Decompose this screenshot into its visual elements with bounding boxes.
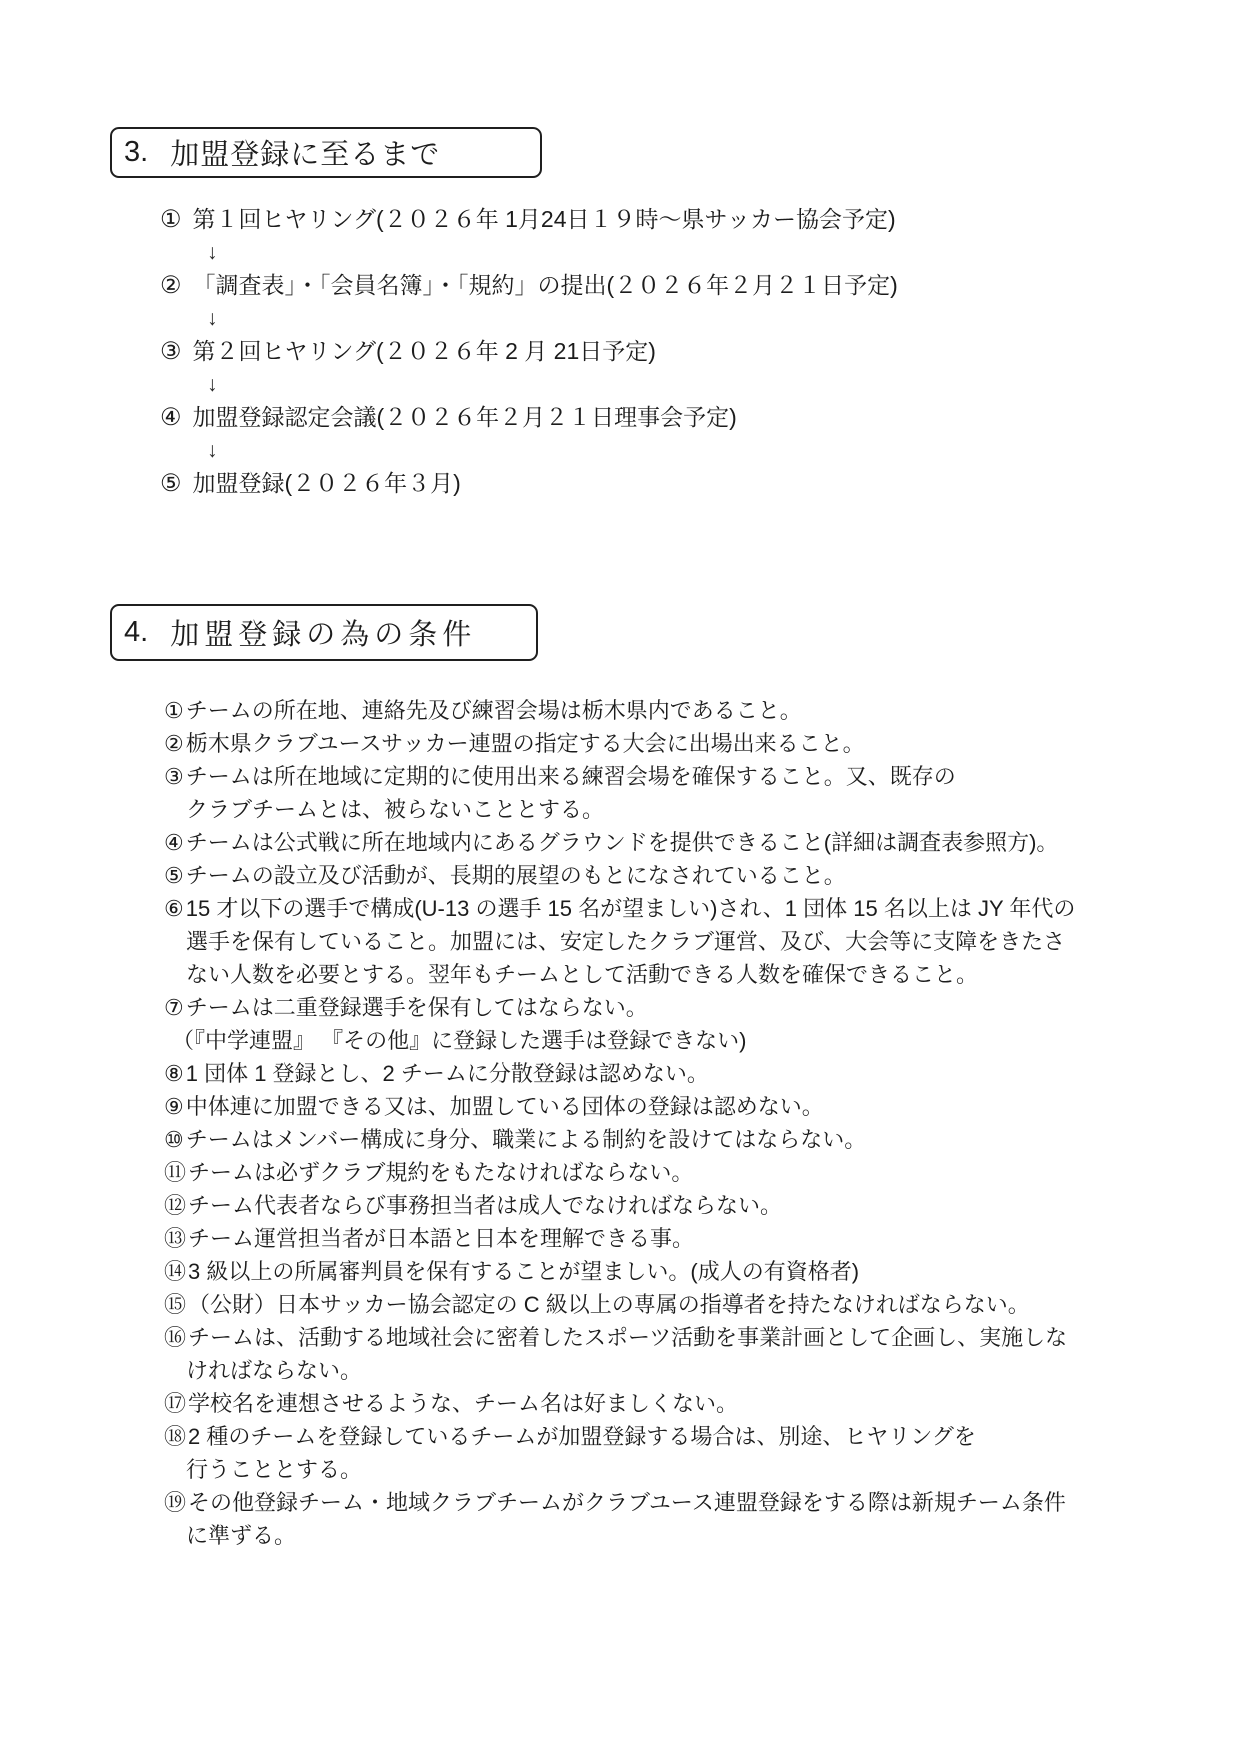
condition-marker: ③ (164, 760, 184, 793)
condition-text: 行うこととする。 (164, 1453, 1075, 1486)
step-marker: ⑤ (160, 467, 182, 500)
section4-heading: 4. 加盟登録の為の条件 (110, 604, 538, 661)
down-arrow-icon: ↓ (207, 434, 898, 467)
condition-item: ⑦ チームは二重登録選手を保有してはならない。 (164, 991, 1075, 1024)
step-marker: ③ (160, 335, 182, 368)
down-arrow-icon: ↓ (207, 368, 898, 401)
condition-text: チームは、活動する地域社会に密着したスポーツ活動を事業計画として企画し、実施しな (188, 1321, 1067, 1354)
condition-text: チーム運営担当者が日本語と日本を理解できる事。 (188, 1222, 694, 1255)
document-page: 3. 加盟登録に至るまで ① 第１回ヒヤリング(２０２６年 1月24日１９時～県… (0, 0, 1241, 1755)
flow-step: ② 「調査表」・「会員名簿」・「規約」の提出(２０２６年２月２１日予定) (160, 269, 898, 302)
step-marker: ② (160, 269, 182, 302)
condition-text: チームは必ずクラブ規約をもたなければならない。 (188, 1156, 693, 1189)
condition-text: （『中学連盟』 『その他』に登録した選手は登録できない) (164, 1024, 1075, 1057)
condition-text: チームは所在地域に定期的に使用出来る練習会場を確保すること。又、既存の (186, 760, 956, 793)
condition-marker: ⑪ (164, 1156, 186, 1189)
step-text: 「調査表」・「会員名簿」・「規約」の提出(２０２６年２月２１日予定) (193, 269, 898, 302)
condition-text: チームの所在地、連絡先及び練習会場は栃木県内であること。 (186, 694, 802, 727)
condition-item: ④ チームは公式戦に所在地域内にあるグラウンドを提供できること(詳細は調査表参照… (164, 826, 1075, 859)
condition-item: ⑰ 学校名を連想させるような、チーム名は好ましくない。 (164, 1387, 1075, 1420)
conditions-list: ① チームの所在地、連絡先及び練習会場は栃木県内であること。 ② 栃木県クラブユ… (164, 694, 1075, 1552)
condition-marker: ⑬ (164, 1222, 186, 1255)
condition-marker: ⑨ (164, 1090, 184, 1123)
condition-text: 学校名を連想させるような、チーム名は好ましくない。 (188, 1387, 738, 1420)
condition-item: ③ チームは所在地域に定期的に使用出来る練習会場を確保すること。又、既存の (164, 760, 1075, 793)
condition-marker: ⑱ (164, 1420, 186, 1453)
condition-marker: ⑫ (164, 1189, 186, 1222)
step-text: 第１回ヒヤリング(２０２６年 1月24日１９時～県サッカー協会予定) (193, 203, 896, 236)
condition-marker: ⑭ (164, 1255, 186, 1288)
condition-item: ⑩ チームはメンバー構成に身分、職業による制約を設けてはならない。 (164, 1123, 1075, 1156)
condition-text: チームはメンバー構成に身分、職業による制約を設けてはならない。 (186, 1123, 866, 1156)
condition-item: ⑱ 2 種のチームを登録しているチームが加盟登録する場合は、別途、ヒヤリングを (164, 1420, 1075, 1453)
condition-marker: ④ (164, 826, 184, 859)
condition-marker: ⑧ (164, 1057, 184, 1090)
condition-marker: ⑩ (164, 1123, 184, 1156)
condition-marker: ⑦ (164, 991, 184, 1024)
step-marker: ① (160, 203, 182, 236)
flow-step: ③ 第２回ヒヤリング(２０２６年 2 月 21日予定) (160, 335, 898, 368)
condition-item: ② 栃木県クラブユースサッカー連盟の指定する大会に出場出来ること。 (164, 727, 1075, 760)
condition-marker: ⑰ (164, 1387, 186, 1420)
step-text: 第２回ヒヤリング(２０２６年 2 月 21日予定) (193, 335, 656, 368)
condition-text: （公財）日本サッカー協会認定の C 級以上の専属の指導者を持たなければならない。 (188, 1288, 1030, 1321)
condition-item: ⑧ 1 団体 1 登録とし、2 チームに分散登録は認めない。 (164, 1057, 1075, 1090)
condition-text: 選手を保有していること。加盟には、安定したクラブ運営、及び、大会等に支障をきたさ (164, 925, 1075, 958)
section4-title: 加盟登録の為の条件 (170, 612, 476, 653)
condition-text: チームは二重登録選手を保有してはならない。 (186, 991, 648, 1024)
condition-text: 15 才以下の選手で構成(U-13 の選手 15 名が望ましい)され、1 団体 … (186, 892, 1076, 925)
step-text: 加盟登録(２０２６年３月) (193, 467, 461, 500)
condition-marker: ⑮ (164, 1288, 186, 1321)
condition-text: 1 団体 1 登録とし、2 チームに分散登録は認めない。 (186, 1057, 709, 1090)
condition-text: に準ずる。 (164, 1519, 1075, 1552)
condition-marker: ② (164, 727, 184, 760)
condition-item: ① チームの所在地、連絡先及び練習会場は栃木県内であること。 (164, 694, 1075, 727)
down-arrow-icon: ↓ (207, 302, 898, 335)
condition-item: ⑲ その他登録チーム・地域クラブチームがクラブユース連盟登録をする際は新規チーム… (164, 1486, 1075, 1519)
condition-marker: ⑲ (164, 1486, 186, 1519)
step-marker: ④ (160, 401, 182, 434)
step-text: 加盟登録認定会議(２０２６年２月２１日理事会予定) (193, 401, 737, 434)
condition-item: ⑥ 15 才以下の選手で構成(U-13 の選手 15 名が望ましい)され、1 団… (164, 892, 1075, 925)
condition-marker: ① (164, 694, 184, 727)
condition-text: チームは公式戦に所在地域内にあるグラウンドを提供できること(詳細は調査表参照方)… (186, 826, 1059, 859)
condition-item: ⑨ 中体連に加盟できる又は、加盟している団体の登録は認めない。 (164, 1090, 1075, 1123)
condition-text: ければならない。 (164, 1354, 1075, 1387)
condition-item: ⑬ チーム運営担当者が日本語と日本を理解できる事。 (164, 1222, 1075, 1255)
condition-text: チーム代表者ならび事務担当者は成人でなければならない。 (188, 1189, 782, 1222)
condition-text: 栃木県クラブユースサッカー連盟の指定する大会に出場出来ること。 (186, 727, 865, 760)
condition-text: 中体連に加盟できる又は、加盟している団体の登録は認めない。 (186, 1090, 824, 1123)
condition-item: ⑪ チームは必ずクラブ規約をもたなければならない。 (164, 1156, 1075, 1189)
flow-step: ⑤ 加盟登録(２０２６年３月) (160, 467, 898, 500)
condition-text: 3 級以上の所属審判員を保有することが望ましい。(成人の有資格者) (188, 1255, 859, 1288)
condition-text: チームの設立及び活動が、長期的展望のもとになされていること。 (186, 859, 846, 892)
registration-flow: ① 第１回ヒヤリング(２０２６年 1月24日１９時～県サッカー協会予定) ↓ ②… (160, 203, 898, 500)
down-arrow-icon: ↓ (207, 236, 898, 269)
condition-text: クラブチームとは、被らないこととする。 (164, 793, 1075, 826)
condition-text: その他登録チーム・地域クラブチームがクラブユース連盟登録をする際は新規チーム条件 (188, 1486, 1066, 1519)
condition-item: ⑯ チームは、活動する地域社会に密着したスポーツ活動を事業計画として企画し、実施… (164, 1321, 1075, 1354)
condition-item: ⑫ チーム代表者ならび事務担当者は成人でなければならない。 (164, 1189, 1075, 1222)
flow-step: ④ 加盟登録認定会議(２０２６年２月２１日理事会予定) (160, 401, 898, 434)
condition-marker: ⑤ (164, 859, 184, 892)
condition-text: ない人数を必要とする。翌年もチームとして活動できる人数を確保できること。 (164, 958, 1075, 991)
section3-heading: 3. 加盟登録に至るまで (110, 127, 542, 178)
condition-item: ⑤ チームの設立及び活動が、長期的展望のもとになされていること。 (164, 859, 1075, 892)
section3-number: 3. (124, 136, 148, 169)
condition-marker: ⑥ (164, 892, 184, 925)
section4-number: 4. (124, 616, 148, 649)
condition-item: ⑭ 3 級以上の所属審判員を保有することが望ましい。(成人の有資格者) (164, 1255, 1075, 1288)
condition-marker: ⑯ (164, 1321, 186, 1354)
condition-item: ⑮ （公財）日本サッカー協会認定の C 級以上の専属の指導者を持たなければならな… (164, 1288, 1075, 1321)
flow-step: ① 第１回ヒヤリング(２０２６年 1月24日１９時～県サッカー協会予定) (160, 203, 898, 236)
section3-title: 加盟登録に至るまで (170, 132, 440, 173)
condition-text: 2 種のチームを登録しているチームが加盟登録する場合は、別途、ヒヤリングを (188, 1420, 976, 1453)
